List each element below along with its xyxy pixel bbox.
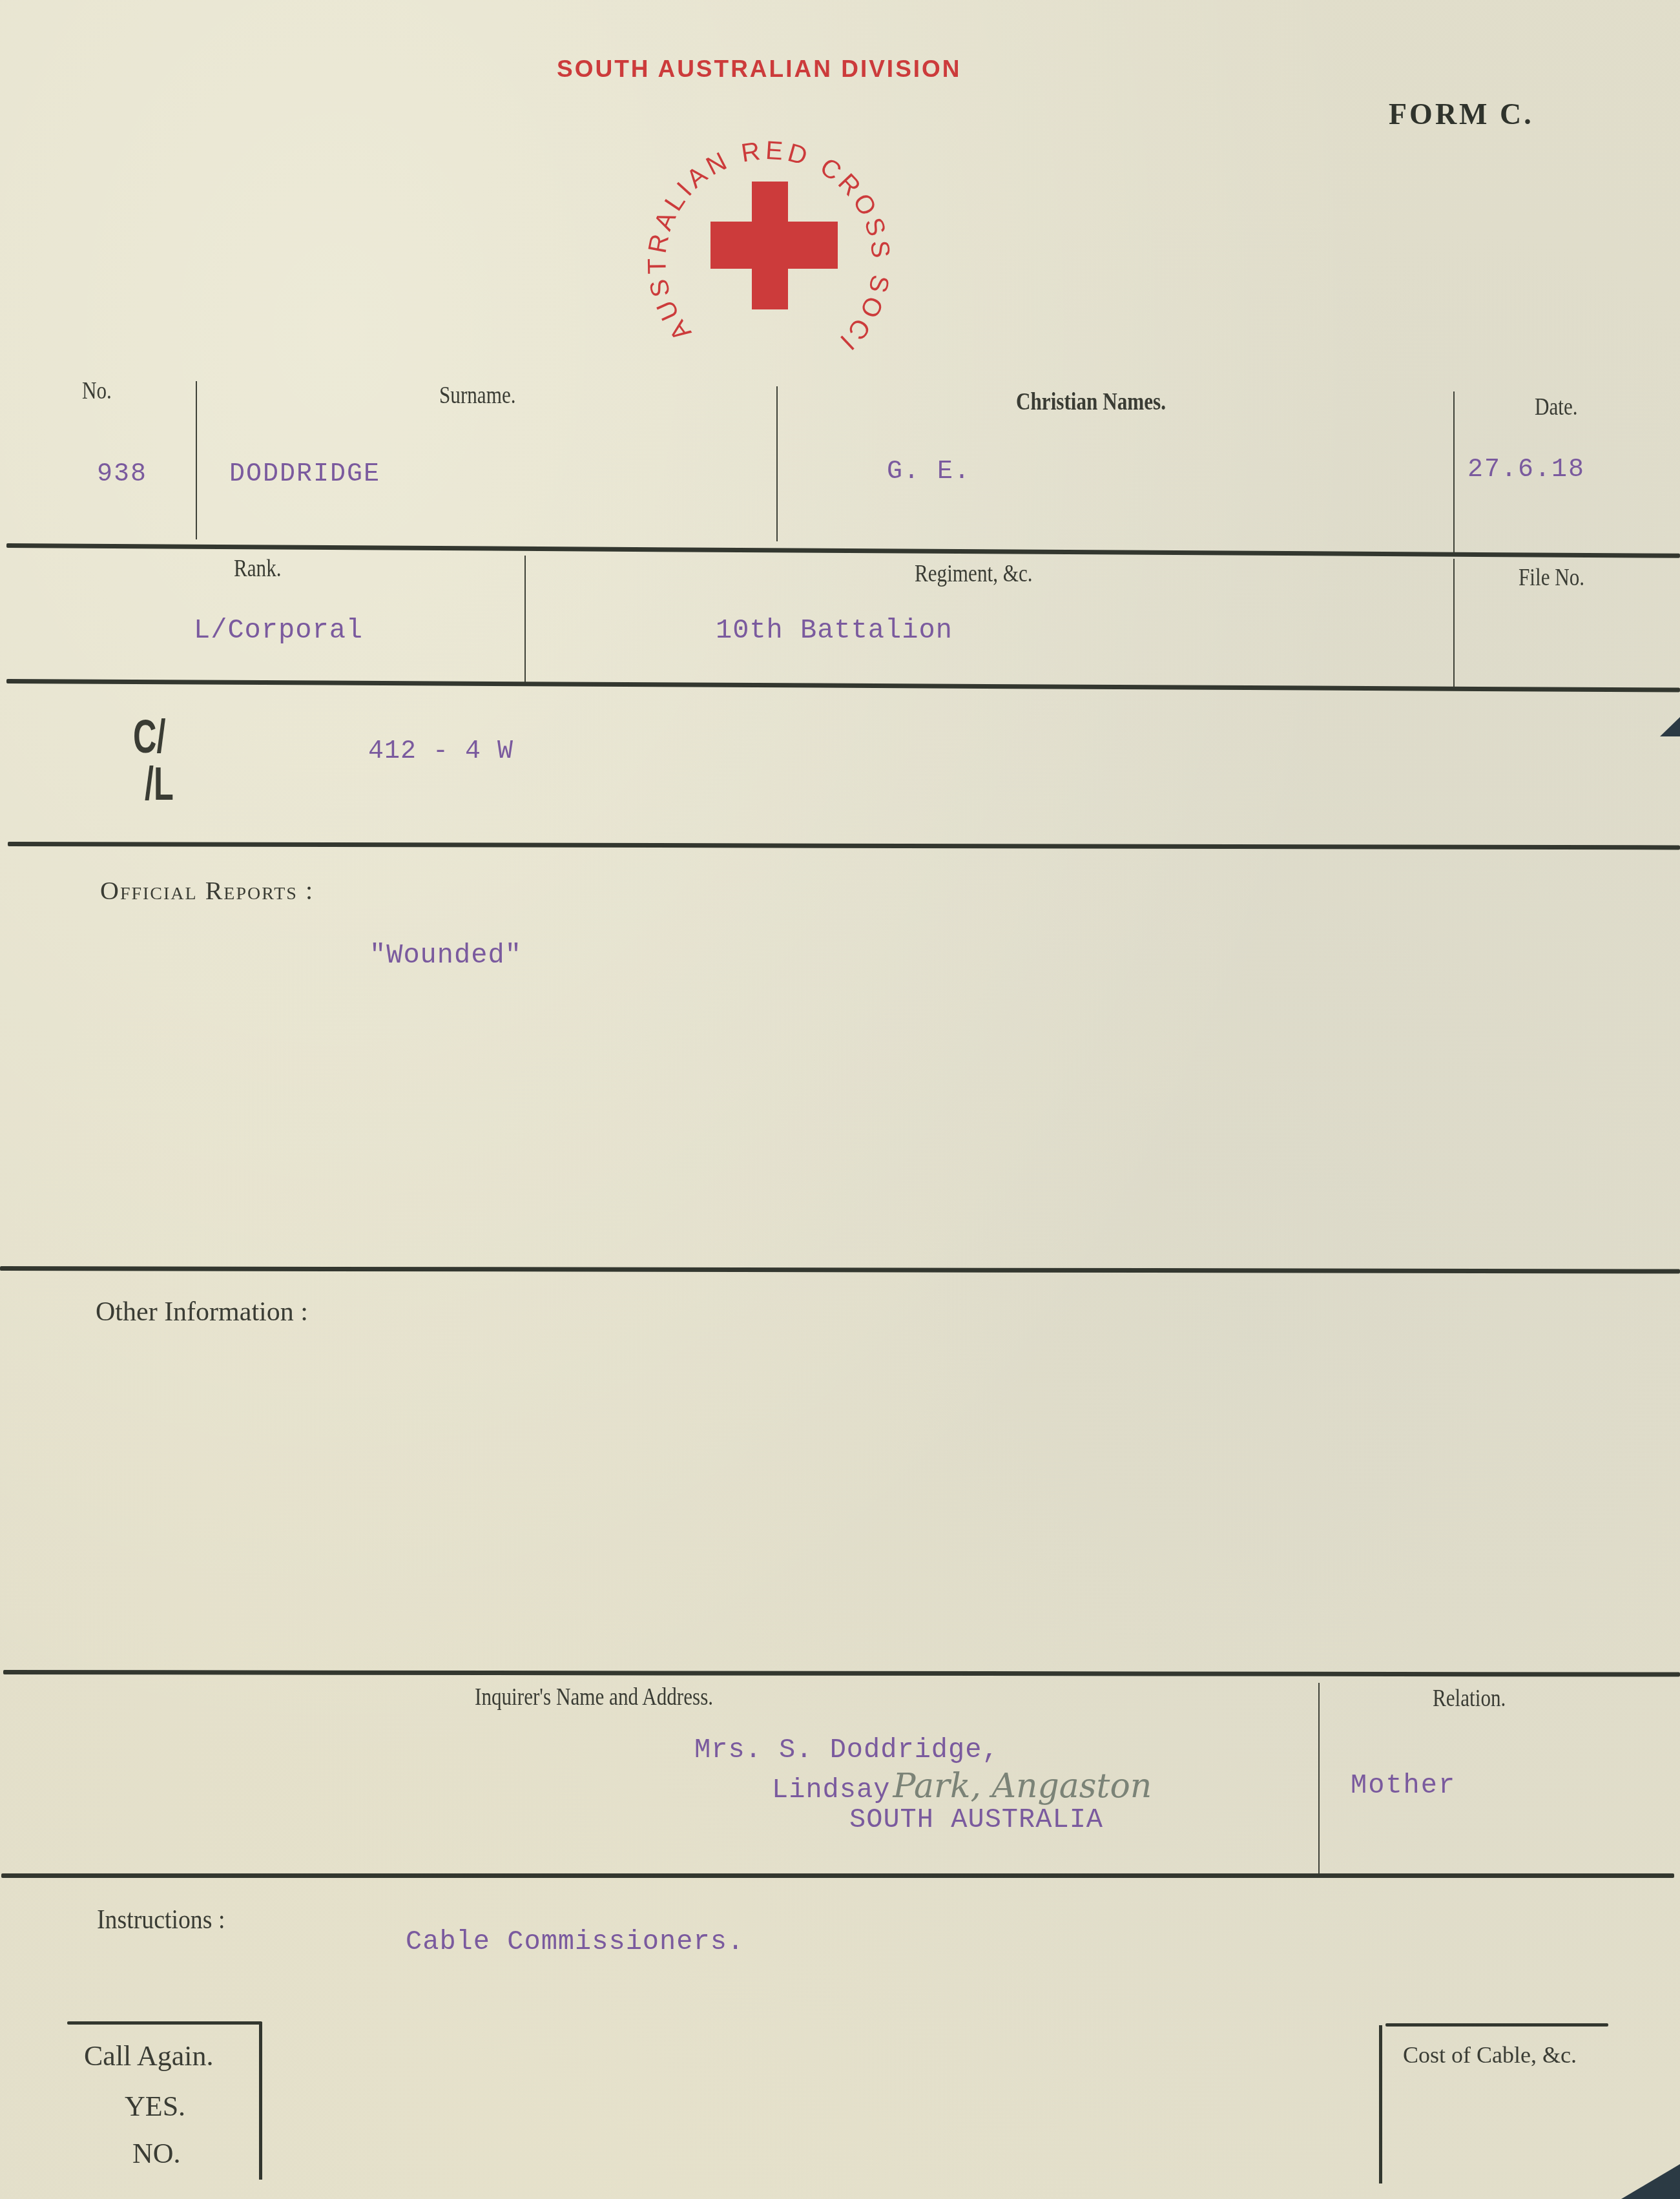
call-again-no-option[interactable]: NO.	[132, 2137, 181, 2170]
call-again-label: Call Again.	[84, 2039, 213, 2072]
call-again-box-side	[259, 2022, 262, 2180]
surname-value: DODDRIDGE	[229, 460, 380, 489]
christian-names-value: G. E.	[887, 457, 971, 486]
divider-regiment-file	[1453, 559, 1455, 688]
inquirer-address-handwritten: Park, Angaston	[893, 1767, 1152, 1806]
rule-other-information	[3, 1670, 1680, 1677]
inquirer-label: Inquirer's Name and Address.	[475, 1683, 713, 1711]
cable-reference-value: 412 - 4 W	[368, 737, 513, 766]
rule-official-reports	[0, 1266, 1680, 1274]
divider-inquirer-relation	[1318, 1683, 1320, 1875]
cl-mark-bottom: /L	[145, 758, 174, 811]
red-cross-icon	[710, 182, 838, 309]
date-label: Date.	[1535, 393, 1578, 421]
relation-value: Mother	[1351, 1770, 1456, 1801]
division-heading: SOUTH AUSTRALIAN DIVISION	[557, 56, 962, 83]
service-number-value: 938	[97, 460, 147, 489]
page-corner-tab	[1660, 698, 1680, 736]
file-no-label: File No.	[1519, 563, 1584, 592]
regiment-label: Regiment, &c.	[915, 559, 1033, 588]
divider-christian-date	[1453, 391, 1455, 556]
divider-no-surname	[196, 381, 197, 539]
call-again-box-top	[67, 2021, 262, 2025]
no-label: No.	[82, 377, 112, 405]
other-information-label: Other Information :	[96, 1297, 308, 1328]
cost-box-side	[1379, 2025, 1382, 2183]
inquirer-state: SOUTH AUSTRALIA	[849, 1804, 1103, 1835]
christian-names-label: Christian Names.	[1016, 388, 1166, 416]
inquirer-address: LindsayPark, Angaston	[772, 1767, 1152, 1806]
instructions-label: Instructions :	[97, 1904, 225, 1935]
surname-label: Surname.	[439, 381, 516, 410]
inquirer-address-typed: Lindsay	[772, 1775, 890, 1806]
regiment-value: 10th Battalion	[716, 615, 953, 646]
instructions-value: Cable Commissioners.	[406, 1926, 744, 1957]
divider-rank-regiment	[524, 556, 526, 682]
call-again-yes-option[interactable]: YES.	[125, 2090, 185, 2123]
cost-of-cable-label: Cost of Cable, &c.	[1403, 2041, 1577, 2069]
rule-cl	[8, 842, 1680, 849]
official-reports-value: "Wounded"	[369, 940, 522, 971]
rule-inquirer	[1, 1873, 1674, 1878]
rank-label: Rank.	[234, 554, 282, 583]
page-corner-fold	[1621, 2164, 1680, 2199]
official-reports-label: Official Reports :	[100, 875, 314, 906]
form-label: FORM C.	[1389, 97, 1534, 131]
rule-row2	[6, 679, 1680, 693]
cl-mark-top: C/	[133, 711, 165, 764]
red-cross-logo: AUSTRALIAN RED CROSS SOCIETY	[633, 116, 917, 375]
rank-value: L/Corporal	[194, 615, 363, 646]
divider-surname-christian	[776, 386, 778, 541]
red-cross-emblem: AUSTRALIAN RED CROSS SOCIETY	[633, 116, 917, 375]
inquirer-name: Mrs. S. Doddridge,	[694, 1735, 999, 1766]
cost-box-top	[1385, 2023, 1608, 2027]
date-value: 27.6.18	[1467, 455, 1585, 485]
relation-label: Relation.	[1433, 1684, 1506, 1713]
